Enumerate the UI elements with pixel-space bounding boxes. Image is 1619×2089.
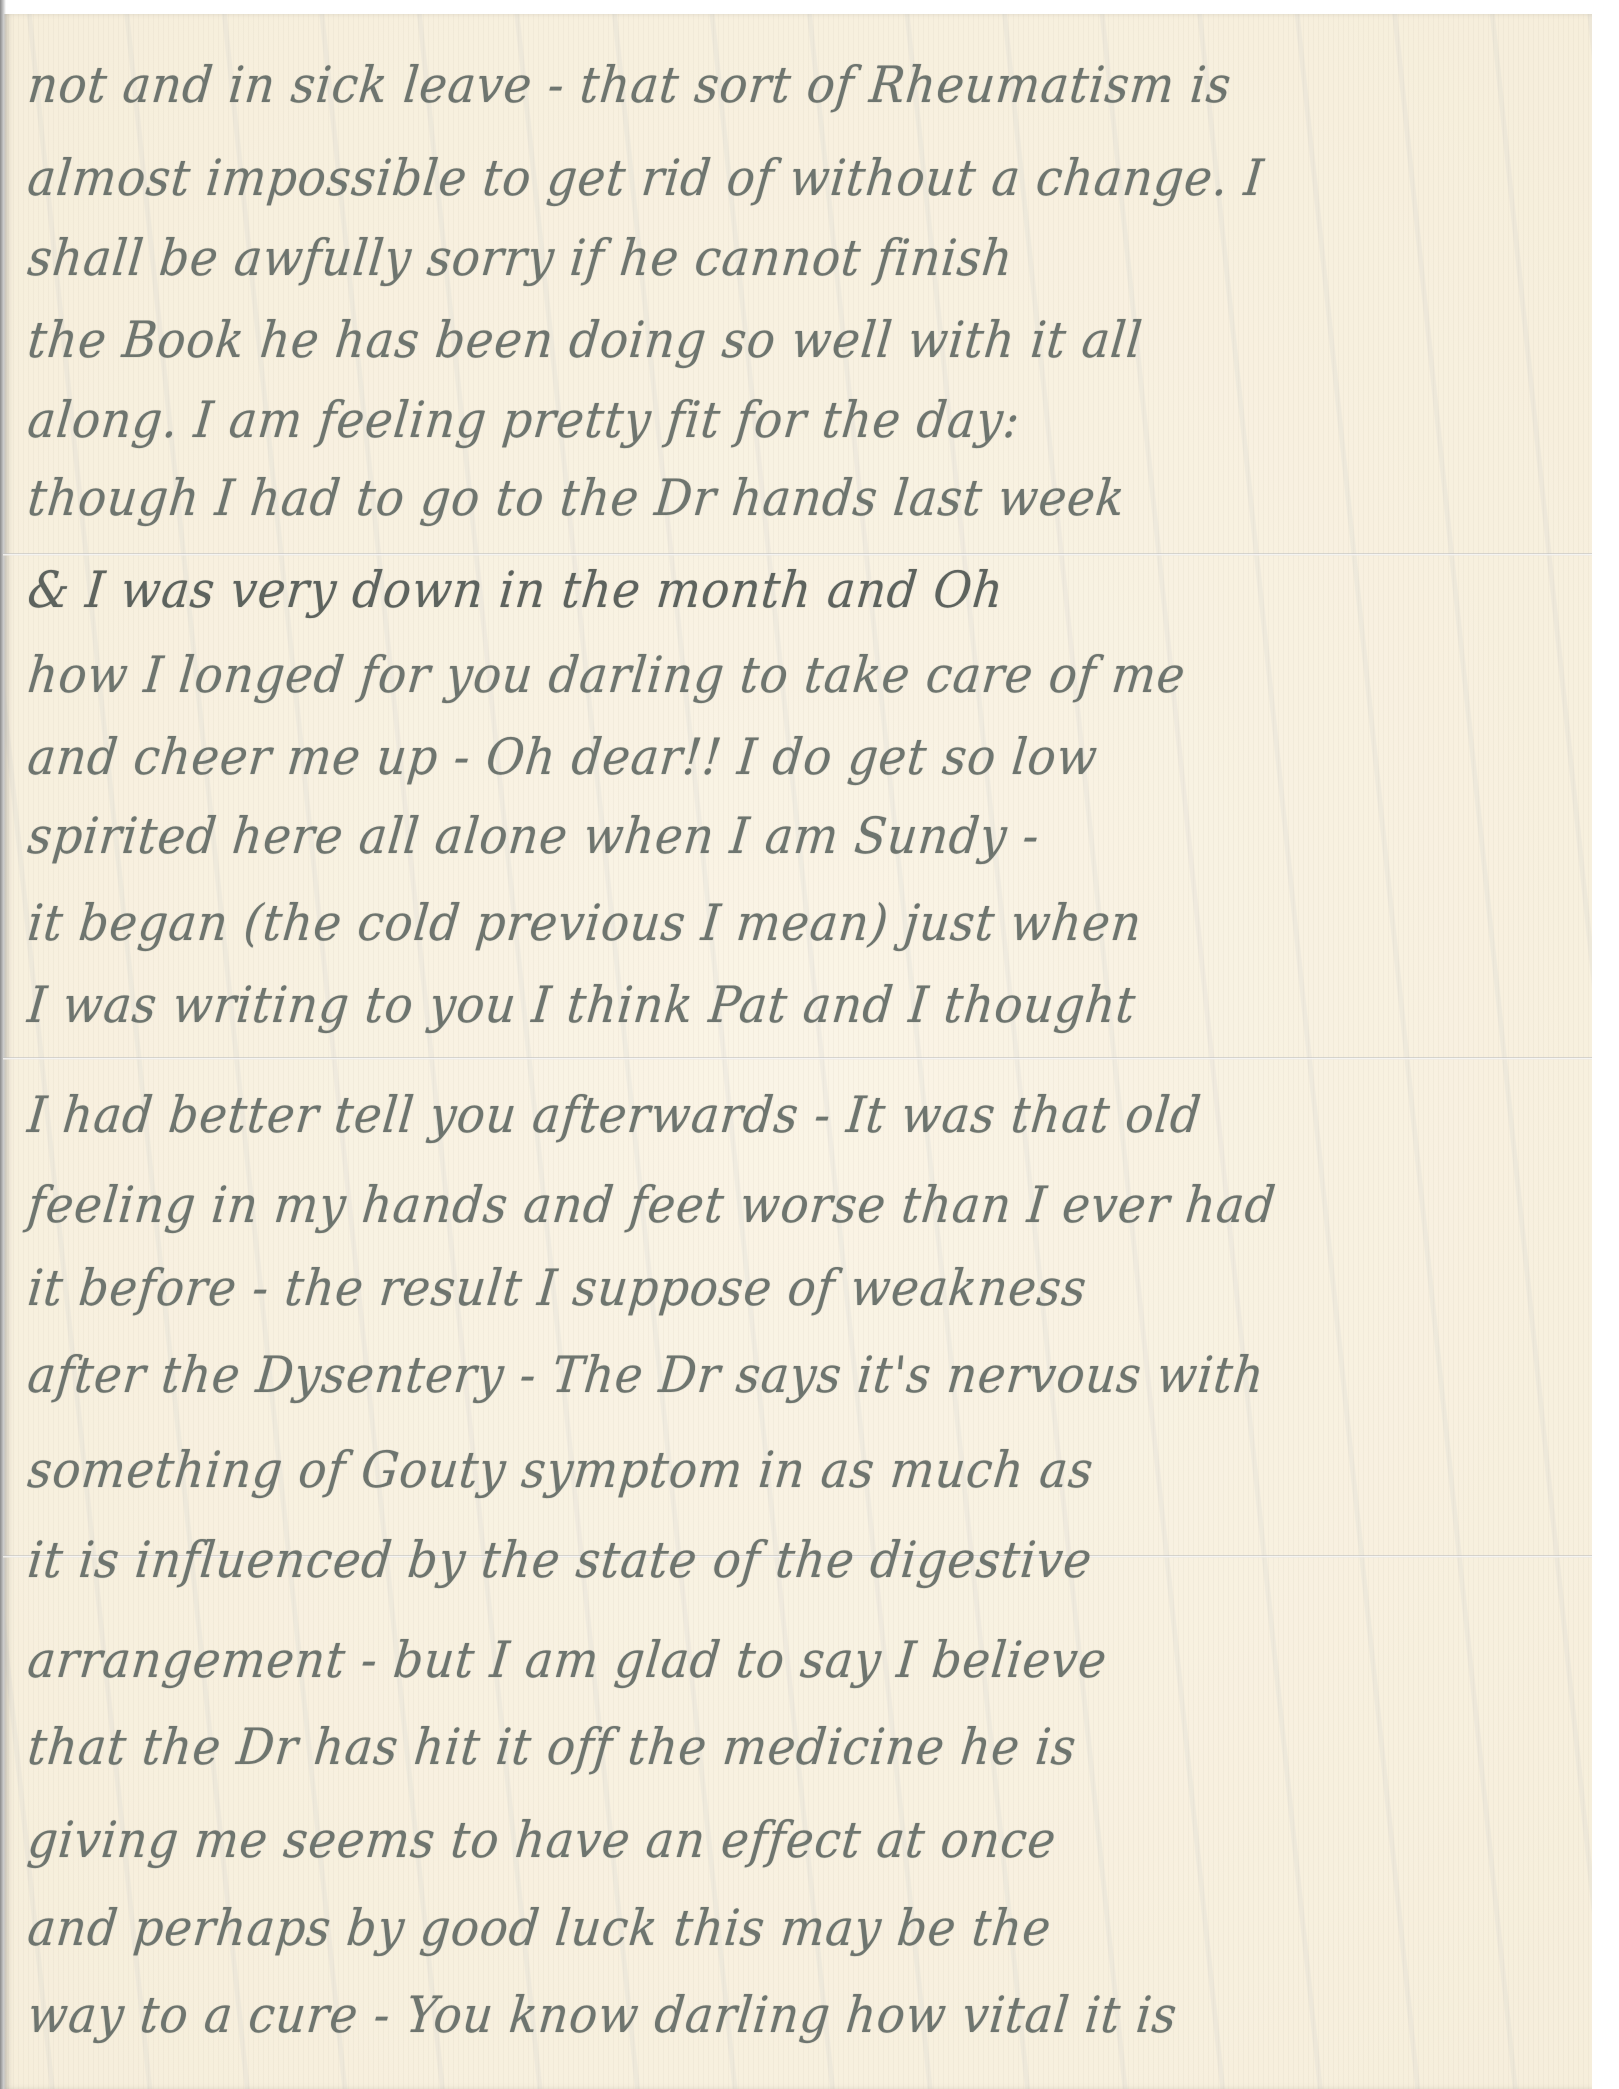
letter-line: after the Dysentery - The Dr says it's n… [25, 1345, 1482, 1405]
letter-line: & I was very down in the month and Oh [25, 560, 1482, 620]
letter-line: how I longed for you darling to take car… [25, 645, 1482, 705]
scan-edge-shadow [0, 0, 6, 2089]
letter-line: it is influenced by the state of the dig… [25, 1530, 1482, 1590]
letter-line: the Book he has been doing so well with … [25, 310, 1482, 370]
letter-line: spirited here all alone when I am Sundy … [25, 806, 1482, 866]
letter-line: and cheer me up - Oh dear!! I do get so … [25, 727, 1482, 787]
letter-line: that the Dr has hit it off the medicine … [25, 1717, 1482, 1777]
letter-line: I had better tell you afterwards - It wa… [25, 1085, 1482, 1145]
fold-line-1 [3, 553, 1592, 556]
fold-line-2 [3, 1057, 1592, 1060]
letter-line: it before - the result I suppose of weak… [25, 1258, 1482, 1318]
letter-line: not and in sick leave - that sort of Rhe… [25, 55, 1482, 115]
letter-line: along. I am feeling pretty fit for the d… [25, 390, 1482, 450]
letter-line: giving me seems to have an effect at onc… [25, 1810, 1482, 1870]
letter-line: though I had to go to the Dr hands last … [25, 468, 1482, 528]
letter-line: feeling in my hands and feet worse than … [25, 1175, 1482, 1235]
letter-line: way to a cure - You know darling how vit… [25, 1985, 1482, 2045]
letter-line: and perhaps by good luck this may be the [25, 1898, 1482, 1958]
letter-line: shall be awfully sorry if he cannot fini… [25, 228, 1482, 288]
letter-line: almost impossible to get rid of without … [25, 148, 1482, 208]
letter-line: something of Gouty symptom in as much as [25, 1440, 1482, 1500]
letter-line: it began (the cold previous I mean) just… [25, 893, 1482, 953]
letter-line: I was writing to you I think Pat and I t… [25, 975, 1482, 1035]
letter-line: arrangement - but I am glad to say I bel… [25, 1630, 1482, 1690]
